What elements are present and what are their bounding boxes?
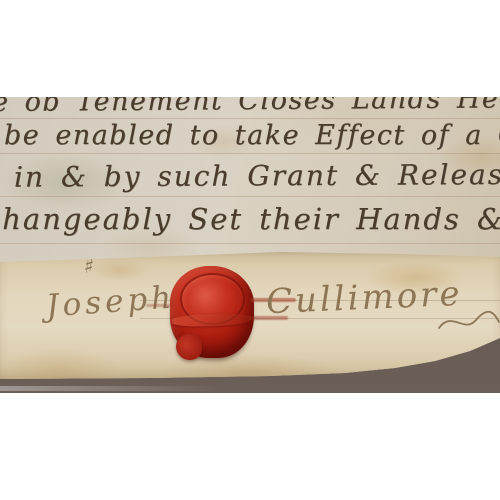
manuscript-line-4: changeably Set their Hands & Sea bbox=[0, 201, 500, 239]
seal-impression-band bbox=[171, 312, 250, 327]
surface-highlight bbox=[0, 386, 220, 391]
ruled-line bbox=[0, 243, 500, 244]
page-background: e ob Tenement Closes Lands Heredi be ena… bbox=[0, 0, 500, 500]
manuscript-line-1: e ob Tenement Closes Lands Heredi bbox=[0, 97, 500, 120]
manuscript-line-3: in & by such Grant & Release are o bbox=[14, 156, 500, 196]
ruled-line bbox=[0, 153, 500, 154]
manuscript-photo: e ob Tenement Closes Lands Heredi be ena… bbox=[0, 97, 500, 393]
ruled-line bbox=[0, 196, 500, 197]
wax-smear bbox=[146, 304, 172, 307]
parchment-seal-tag: ♯ Joseph Cullimore bbox=[0, 248, 500, 382]
parchment-document: e ob Tenement Closes Lands Heredi be ena… bbox=[0, 97, 500, 267]
signature-flourish bbox=[438, 308, 500, 336]
manuscript-line-2: be enabled to take Effect of a Gra bbox=[4, 118, 500, 153]
signature-last-name: Cullimore bbox=[265, 274, 463, 323]
wax-drip bbox=[176, 334, 202, 360]
